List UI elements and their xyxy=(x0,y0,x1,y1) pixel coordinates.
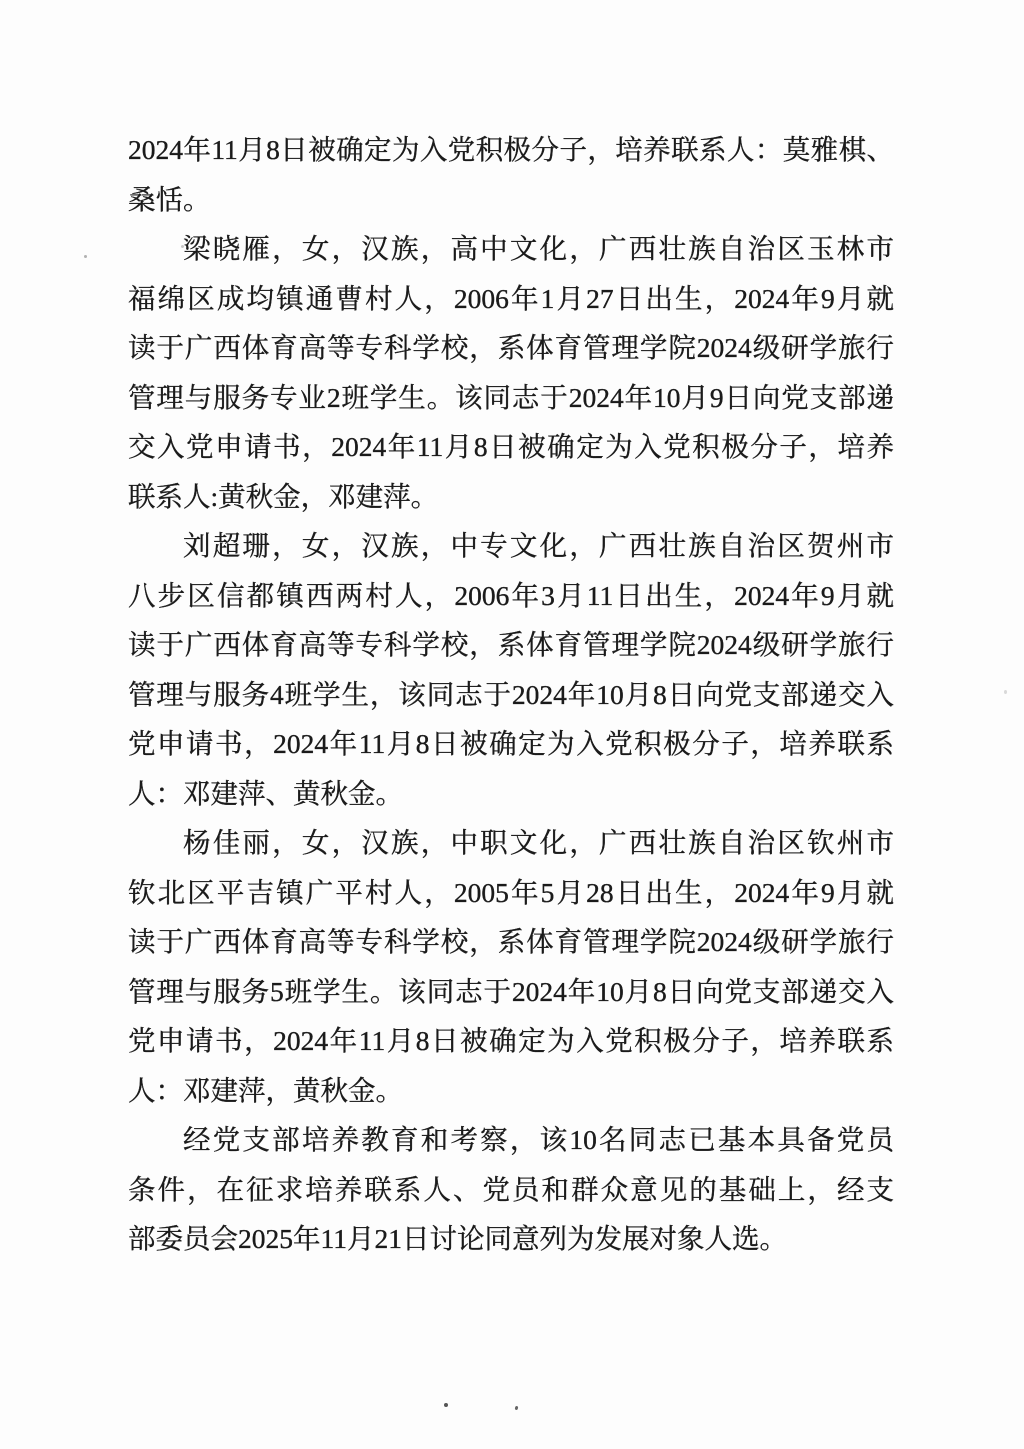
text-line: 条件，在征求培养联系人、党员和群众意见的基础上，经支 xyxy=(128,1165,894,1215)
text-line: 刘超珊，女，汉族，中专文化，广西壮族自治区贺州市 xyxy=(128,521,894,571)
text-line: 梁晓雁，女，汉族，高中文化，广西壮族自治区玉林市 xyxy=(128,224,894,274)
text-line: 福绵区成均镇通曹村人，2006年1月27日出生，2024年9月就 xyxy=(128,274,894,324)
text-line: 人：邓建萍、黄秋金。 xyxy=(128,769,894,819)
scan-speck xyxy=(444,1403,448,1407)
text-line: 党申请书，2024年11月8日被确定为入党积极分子，培养联系 xyxy=(128,719,894,769)
scan-speck xyxy=(1004,690,1007,694)
text-line: 人：邓建萍，黄秋金。 xyxy=(128,1066,894,1116)
text-line: 管理与服务4班学生，该同志于2024年10月8日向党支部递交入 xyxy=(128,670,894,720)
text-line: 杨佳丽，女，汉族，中职文化，广西壮族自治区钦州市 xyxy=(128,818,894,868)
scan-speck xyxy=(515,1406,519,1411)
text-line: 经党支部培养教育和考察，该10名同志已基本具备党员 xyxy=(128,1115,894,1165)
text-line: 管理与服务专业2班学生。该同志于2024年10月9日向党支部递 xyxy=(128,373,894,423)
text-line: 读于广西体育高等专科学校，系体育管理学院2024级研学旅行 xyxy=(128,323,894,373)
text-line: 管理与服务5班学生。该同志于2024年10月8日向党支部递交入 xyxy=(128,967,894,1017)
scanned-document-page: 2024年11月8日被确定为入党积极分子，培养联系人：莫雅棋、 桑恬。 梁晓雁，… xyxy=(0,0,1024,1449)
scan-speck xyxy=(84,255,87,258)
text-line: 八步区信都镇西两村人，2006年3月11日出生，2024年9月就 xyxy=(128,571,894,621)
document-body: 2024年11月8日被确定为入党积极分子，培养联系人：莫雅棋、 桑恬。 梁晓雁，… xyxy=(128,125,894,1264)
text-line: 桑恬。 xyxy=(128,175,894,225)
text-line: 钦北区平吉镇广平村人，2005年5月28日出生，2024年9月就 xyxy=(128,868,894,918)
text-line: 党申请书，2024年11月8日被确定为入党积极分子，培养联系 xyxy=(128,1016,894,1066)
text-line: 读于广西体育高等专科学校，系体育管理学院2024级研学旅行 xyxy=(128,917,894,967)
text-line: 2024年11月8日被确定为入党积极分子，培养联系人：莫雅棋、 xyxy=(128,125,894,175)
text-line: 读于广西体育高等专科学校，系体育管理学院2024级研学旅行 xyxy=(128,620,894,670)
text-line: 部委员会2025年11月21日讨论同意列为发展对象人选。 xyxy=(128,1214,894,1264)
text-line: 交入党申请书，2024年11月8日被确定为入党积极分子，培养 xyxy=(128,422,894,472)
text-line: 联系人:黄秋金，邓建萍。 xyxy=(128,472,894,522)
